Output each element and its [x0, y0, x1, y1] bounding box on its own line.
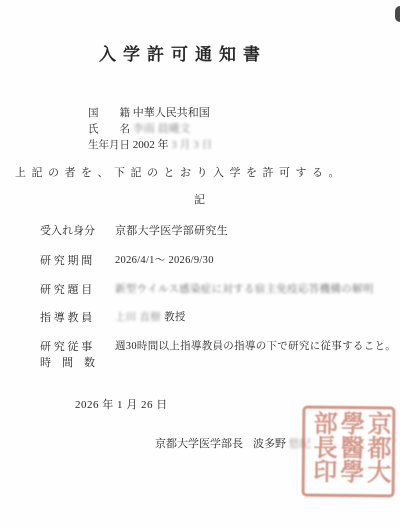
period-value: 2026/4/1～ 2026/9/30	[115, 252, 214, 267]
hours-label-line1: 研 究 従 事	[40, 338, 92, 354]
birthdate-label: 生年月日	[88, 137, 130, 152]
ki-marker: 記	[0, 191, 400, 207]
nationality-row: 国 籍 中華人民共和国	[88, 104, 210, 120]
name-label: 氏 名	[88, 121, 130, 136]
nationality-value: 中華人民共和国	[133, 104, 210, 120]
status-value: 京都大学医学部研究生	[115, 222, 228, 238]
birthdate-value: 2002 年	[133, 136, 169, 152]
topic-label: 研 究 題 目	[40, 281, 92, 297]
scan-artifact-notch	[395, 6, 400, 22]
birthdate-row: 生年月日 2002 年 3 月 3 日	[88, 136, 213, 152]
period-label: 研 究 期 間	[40, 252, 92, 268]
official-seal-stamp: 京都大學醫學部長印	[302, 406, 396, 498]
advisor-value: 上田 直樹 教授	[115, 309, 186, 324]
document-title: 入学許可通知書	[0, 40, 366, 65]
issue-date: 2026 年 1 月 26 日	[75, 396, 168, 412]
hours-label-line2: 時 間 数	[40, 354, 95, 370]
name-row: 氏 名 李雨 晨曦文	[88, 120, 191, 136]
birthdate-value-redacted: 3 月 3 日	[171, 136, 212, 152]
hours-value: 週30時間以上指導教員の指導の下で研究に従事すること。	[115, 338, 396, 353]
permission-statement: 上記の者を、下記のとおり入学を許可する。	[15, 164, 345, 180]
advisor-label: 指 導 教 員	[40, 309, 92, 325]
advisor-title: 教授	[164, 312, 186, 323]
name-value-redacted: 李雨 晨曦文	[133, 120, 191, 136]
status-label: 受入れ身分	[40, 222, 95, 238]
signer-surname: 波多野	[253, 438, 286, 450]
nationality-label: 国 籍	[88, 105, 130, 120]
seal-text: 京都大學醫學部長印	[308, 411, 390, 493]
topic-value-redacted: 新型ウイルス感染症に対する宿主免疫応答機構の解明	[115, 281, 374, 296]
advisor-name-redacted: 上田 直樹	[115, 312, 161, 323]
signature-line: 京都大学医学部長波多野 悠紀	[155, 435, 311, 451]
signer-title: 京都大学医学部長	[155, 438, 243, 450]
document-page: 入学許可通知書 国 籍 中華人民共和国 氏 名 李雨 晨曦文 生年月日 2002…	[0, 0, 400, 527]
